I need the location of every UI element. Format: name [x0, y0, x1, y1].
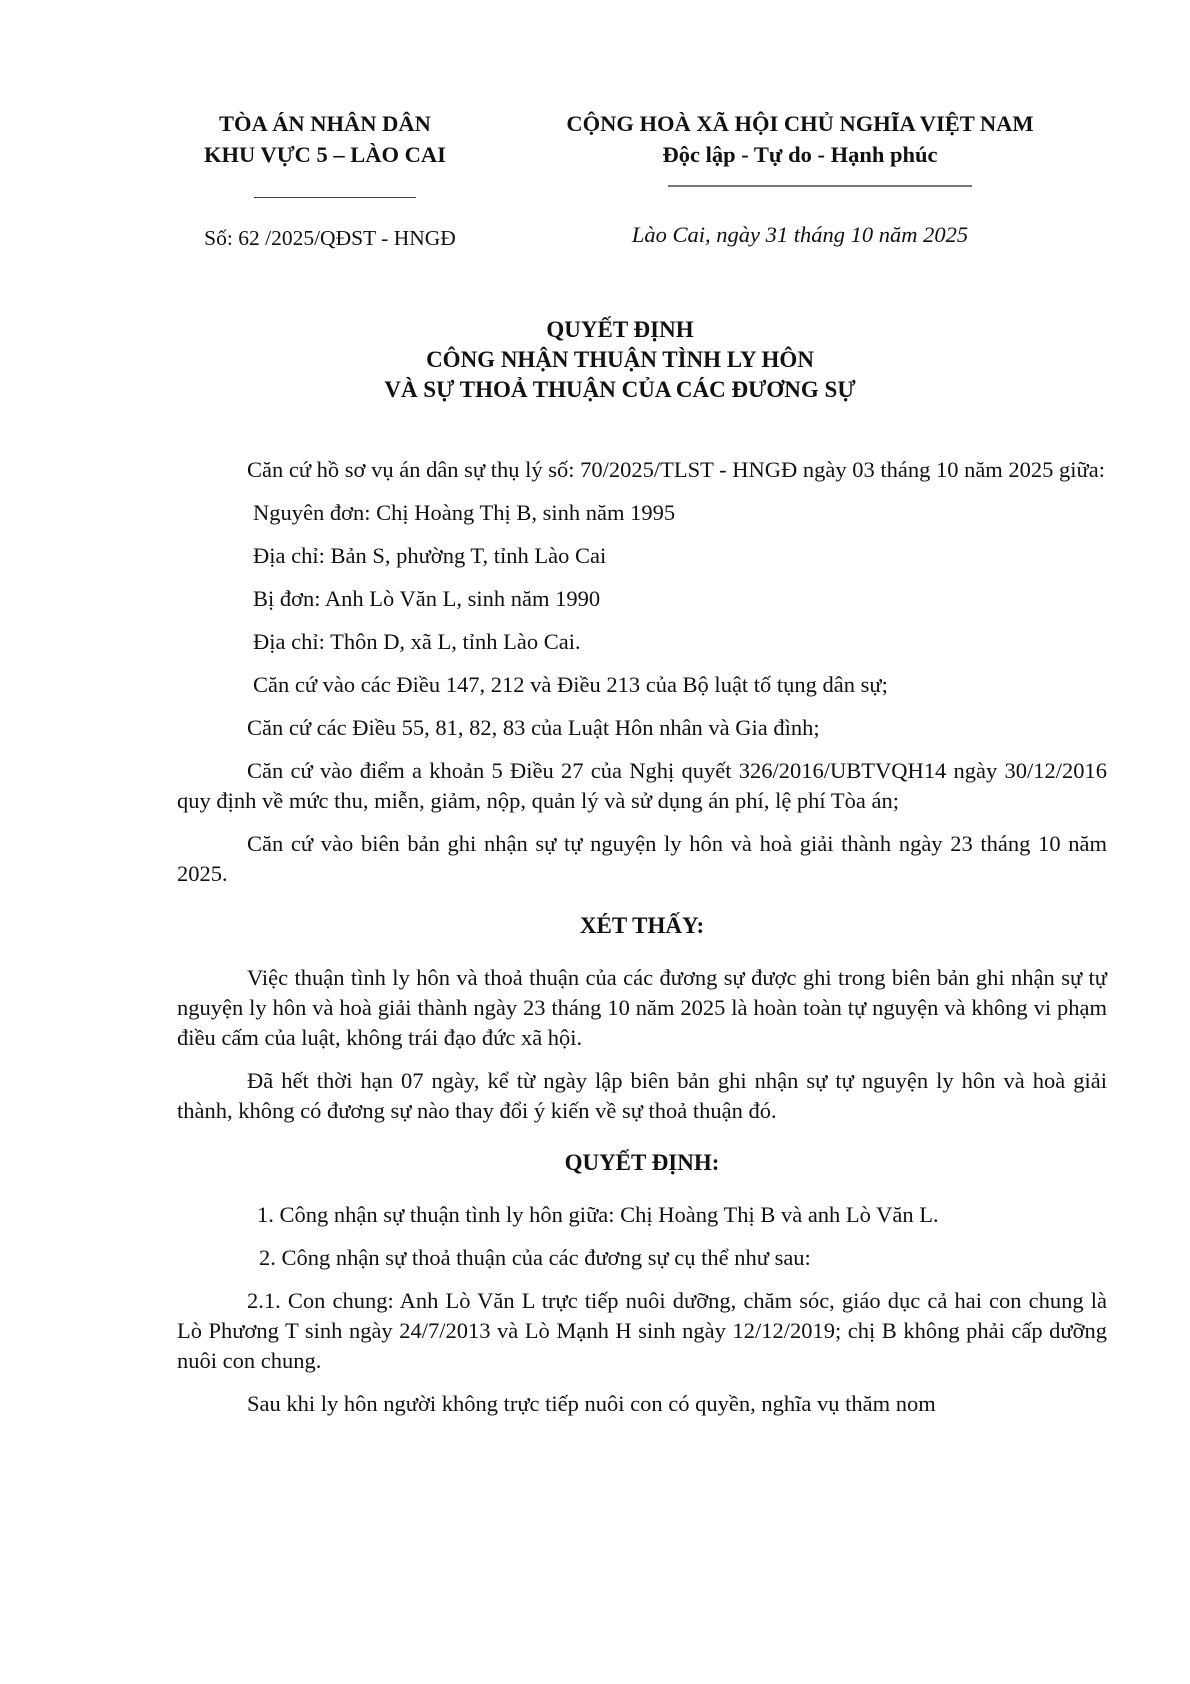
document-number: Số: 62 /2025/QĐST - HNGĐ [160, 226, 500, 251]
court-name-line1: TÒA ÁN NHÂN DÂN [160, 108, 490, 139]
legal-basis-3: Căn cứ vào điểm a khoản 5 Điều 27 của Ng… [177, 756, 1107, 816]
decision-item-2: 2. Công nhận sự thoả thuận của các đương… [177, 1243, 1107, 1273]
divider-right [668, 185, 972, 187]
legal-basis-2: Căn cứ các Điều 55, 81, 82, 83 của Luật … [177, 713, 1107, 743]
court-name: TÒA ÁN NHÂN DÂN KHU VỰC 5 – LÀO CAI [160, 108, 490, 170]
plaintiff-address: Địa chỉ: Bản S, phường T, tỉnh Lào Cai [177, 541, 1107, 571]
title-line1: QUYẾT ĐỊNH [160, 315, 1080, 345]
title-line3: VÀ SỰ THOẢ THUẬN CỦA CÁC ĐƯƠNG SỰ [160, 375, 1080, 405]
decision-heading: QUYẾT ĐỊNH: [177, 1148, 1107, 1178]
legal-basis-1: Căn cứ vào các Điều 147, 212 và Điều 213… [177, 670, 1107, 700]
national-title: CỘNG HOÀ XÃ HỘI CHỦ NGHĨA VIỆT NAM [520, 108, 1080, 139]
court-name-line2: KHU VỰC 5 – LÀO CAI [160, 139, 490, 170]
national-header: CỘNG HOÀ XÃ HỘI CHỦ NGHĨA VIỆT NAM Độc l… [520, 108, 1080, 170]
national-motto: Độc lập - Tự do - Hạnh phúc [520, 139, 1080, 170]
decision-item-2-1: 2.1. Con chung: Anh Lò Văn L trực tiếp n… [177, 1286, 1107, 1376]
case-basis: Căn cứ hồ sơ vụ án dân sự thụ lý số: 70/… [177, 455, 1107, 485]
document-body: Căn cứ hồ sơ vụ án dân sự thụ lý số: 70/… [177, 455, 1107, 1419]
plaintiff: Nguyên đơn: Chị Hoàng Thị B, sinh năm 19… [177, 498, 1107, 528]
defendant: Bị đơn: Anh Lò Văn L, sinh năm 1990 [177, 584, 1107, 614]
findings-para-2: Đã hết thời hạn 07 ngày, kể từ ngày lập … [177, 1066, 1107, 1126]
document-title: QUYẾT ĐỊNH CÔNG NHẬN THUẬN TÌNH LY HÔN V… [160, 315, 1080, 405]
defendant-address: Địa chỉ: Thôn D, xã L, tỉnh Lào Cai. [177, 627, 1107, 657]
divider-left [254, 197, 416, 198]
place-date: Lào Cai, ngày 31 tháng 10 năm 2025 [520, 222, 1080, 248]
title-line2: CÔNG NHẬN THUẬN TÌNH LY HÔN [160, 345, 1080, 375]
findings-para-1: Việc thuận tình ly hôn và thoả thuận của… [177, 963, 1107, 1053]
decision-item-1: 1. Công nhận sự thuận tình ly hôn giữa: … [177, 1200, 1107, 1230]
decision-continuation: Sau khi ly hôn người không trực tiếp nuô… [177, 1389, 1107, 1419]
legal-basis-4: Căn cứ vào biên bản ghi nhận sự tự nguyệ… [177, 829, 1107, 889]
findings-heading: XÉT THẤY: [177, 911, 1107, 941]
